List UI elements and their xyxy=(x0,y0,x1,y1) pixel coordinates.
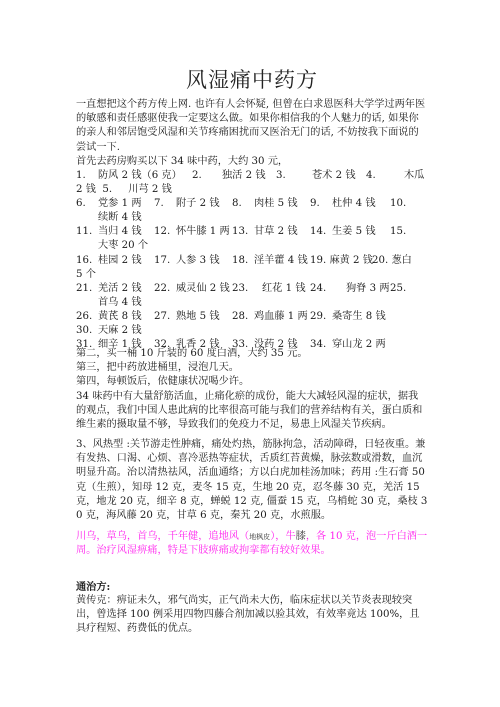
explanation-paragraph: 34 味药中有大量舒筋活血，止痛化瘀的成份，能大大减轻风湿的症状，据我的观点，我… xyxy=(76,390,428,433)
herb-item: 续断 4 钱 xyxy=(98,211,142,225)
herb-row: 26. 黄芪 8 钱 27. 熟地 5 钱 28. 鸡血藤 1 两 29. 桑寄… xyxy=(76,310,428,324)
purchase-line: 首先去药房购买以下 34 味中药，大约 30 元， xyxy=(76,155,428,169)
herb-item: 生姜 5 钱 xyxy=(332,225,376,239)
remedy-note: 地枫皮 xyxy=(249,533,270,541)
herb-number: 15. xyxy=(390,225,406,239)
herb-number: 22. xyxy=(154,282,170,296)
herb-item: 淫羊藿 4 钱 xyxy=(254,254,308,268)
herb-item: 天麻 2 钱 xyxy=(98,324,142,338)
herb-number: 30. xyxy=(76,324,92,338)
herb-number: 9. xyxy=(310,197,320,211)
step-2: 第二，买一桶 10 斤装的 60 度白酒，大约 35 元。 xyxy=(76,347,428,361)
herb-item: 独活 2 钱 xyxy=(222,169,266,183)
herb-number: 10. xyxy=(390,197,406,211)
herb-number: 27. xyxy=(154,310,170,324)
herb-list: 1. 防风 2 钱（6 克） 2. 独活 2 钱 3. 苍术 2 钱 4. 木瓜… xyxy=(76,169,428,352)
remedy-text: 川乌，草乌，首乌，千年健，追地风（ xyxy=(76,531,249,542)
herb-item: 党参 1 两 xyxy=(98,197,142,211)
remedy-text: 膝 xyxy=(296,531,306,542)
herb-number: 29. xyxy=(310,310,326,324)
herb-item: 鸡血藤 1 两 xyxy=(254,310,308,324)
herb-item: 首乌 4 钱 xyxy=(98,296,142,310)
herb-number: 8. xyxy=(232,197,242,211)
remedy-text: ），牛 xyxy=(270,531,295,542)
herb-number: 4. xyxy=(366,169,376,183)
herb-number: 2. xyxy=(192,169,202,183)
wind-heat-paragraph: 3、风热型 :关节游走性肿痛，痛处灼热，筋脉拘急，活动障碍，日轻夜重。兼有发热、… xyxy=(76,438,428,523)
herb-number: 26. xyxy=(76,310,92,324)
herb-item: 熟地 5 钱 xyxy=(176,310,220,324)
herb-row-wrap: 续断 4 钱 xyxy=(76,211,428,225)
herb-item: 5 个 xyxy=(76,268,96,282)
herb-number: 7. xyxy=(154,197,164,211)
pink-remedy-paragraph: 川乌，草乌，首乌，千年健，追地风（地枫皮），牛膝，各 10 克，泡一斤白酒一周。… xyxy=(76,530,428,558)
herb-item: 甘草 2 钱 xyxy=(254,225,298,239)
herb-item: 2 钱 5. 川芎 2 钱 xyxy=(76,183,172,197)
herb-item: 红花 1 钱 xyxy=(262,282,306,296)
method-heading: 通治方: xyxy=(76,580,428,594)
herb-row: 1. 防风 2 钱（6 克） 2. 独活 2 钱 3. 苍术 2 钱 4. 木瓜 xyxy=(76,169,428,183)
step-4: 第四，每顿饭后，依健康状况喝少许。 xyxy=(76,375,428,389)
herb-item: 人参 3 钱 xyxy=(176,254,220,268)
step-3: 第三，把中药放进桶里，浸泡几天。 xyxy=(76,361,428,375)
herb-row-wrap: 5 个 xyxy=(76,268,428,282)
herb-item: 狗脊 3 两 xyxy=(346,282,390,296)
herb-row-wrap: 首乌 4 钱 xyxy=(76,296,428,310)
herb-item: 苍术 2 钱 xyxy=(312,169,356,183)
herb-number: 24. xyxy=(310,282,326,296)
herb-item: 杜仲 4 钱 xyxy=(332,197,376,211)
herb-row: 6. 党参 1 两 7. 附子 2 钱 8. 肉桂 5 钱 9. 杜仲 4 钱 … xyxy=(76,197,428,211)
herb-item: 威灵仙 2 钱 xyxy=(176,282,230,296)
herb-item: 怀牛膝 1 两 xyxy=(176,225,230,239)
herb-item: 桂园 2 钱 xyxy=(98,254,142,268)
herb-item: 当归 4 钱 xyxy=(98,225,142,239)
herb-number: 23. xyxy=(232,282,248,296)
herb-item: 附子 2 钱 xyxy=(176,197,220,211)
steps-section: 第二，买一桶 10 斤装的 60 度白酒，大约 35 元。 第三，把中药放进桶里… xyxy=(76,347,428,432)
herb-row: 11. 当归 4 钱 12. 怀牛膝 1 两 13. 甘草 2 钱 14. 生姜… xyxy=(76,225,428,239)
herb-row: 30. 天麻 2 钱 xyxy=(76,324,428,338)
method-paragraph: 黄传克：痹证未久，邪气尚实，正气尚未大伤，临床症状以关节炎表现较突出，曾选择 1… xyxy=(76,594,428,637)
herb-number: 18. xyxy=(232,254,248,268)
herb-number: 11. xyxy=(76,225,92,239)
herb-row-wrap: 大枣 20 个 xyxy=(76,239,428,253)
document-title: 风湿痛中药方 xyxy=(76,66,428,94)
herb-item: 20. 葱白 xyxy=(372,254,412,268)
herb-item: 木瓜 xyxy=(404,169,424,183)
herb-number: 12. xyxy=(154,225,170,239)
herb-row: 21. 羌活 2 钱 22. 威灵仙 2 钱 23. 红花 1 钱 24. 狗脊… xyxy=(76,282,428,296)
herb-number: 21. xyxy=(76,282,92,296)
herb-number: 17. xyxy=(154,254,170,268)
herb-number: 25. xyxy=(390,282,406,296)
herb-number: 28. xyxy=(232,310,248,324)
herb-item: 羌活 2 钱 xyxy=(98,282,142,296)
herb-number: 13. xyxy=(232,225,248,239)
herb-item: 大枣 20 个 xyxy=(98,239,148,253)
herb-number: 3. xyxy=(276,169,286,183)
herb-item: 桑寄生 8 钱 xyxy=(332,310,386,324)
herb-number: 16. xyxy=(76,254,92,268)
herb-number: 1. xyxy=(76,169,86,183)
herb-row: 16. 桂园 2 钱 17. 人参 3 钱 18. 淫羊藿 4 钱 19. 麻黄… xyxy=(76,254,428,268)
herb-row-wrap: 2 钱 5. 川芎 2 钱 xyxy=(76,183,428,197)
herb-number: 14. xyxy=(310,225,326,239)
herb-item: 防风 2 钱（6 克） xyxy=(98,169,182,183)
intro-paragraph: 一直想把这个药方传上网. 也许有人会怀疑, 但曾在白求恩医科大学学过两年医的敏感… xyxy=(76,98,428,155)
herb-item: 黄芪 8 钱 xyxy=(98,310,142,324)
herb-item: 19. 麻黄 2 钱 xyxy=(310,254,373,268)
herb-item: 肉桂 5 钱 xyxy=(254,197,298,211)
herb-number: 6. xyxy=(76,197,86,211)
